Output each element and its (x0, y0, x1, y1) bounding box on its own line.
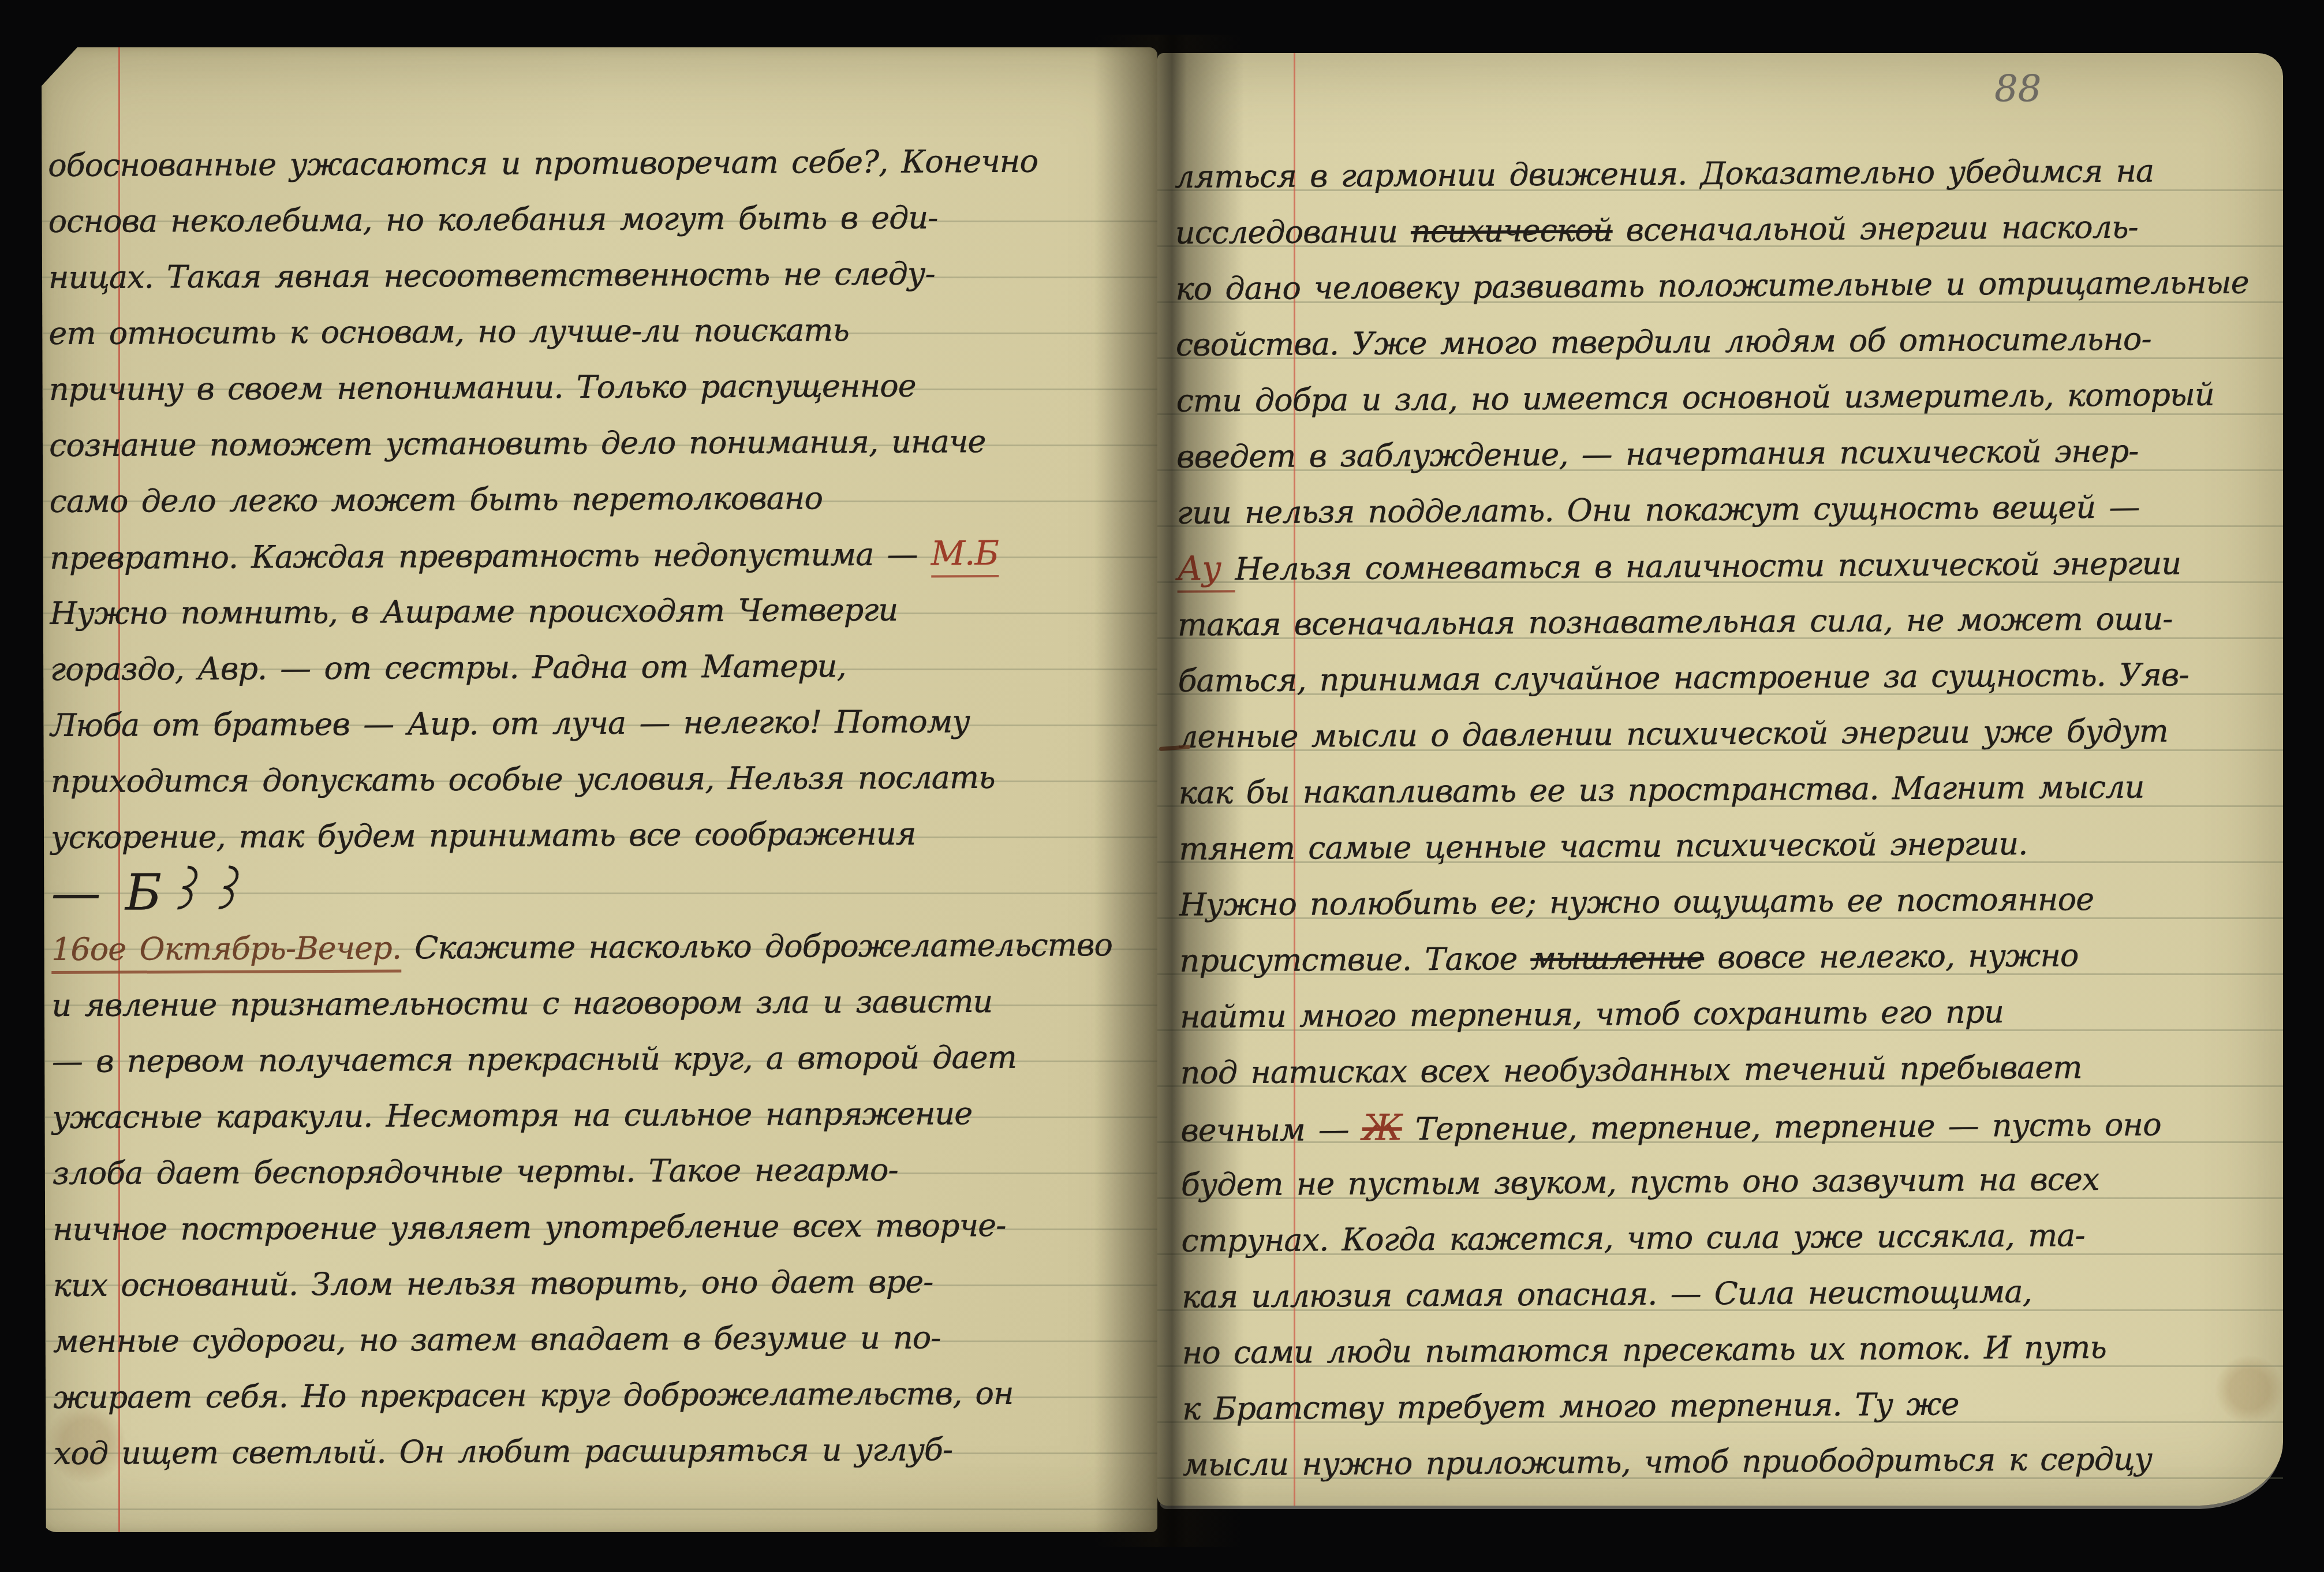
text-segment: как бы накапливать ее из пространства. М… (1179, 769, 2144, 811)
handwritten-line: обоснованные ужасаются и противоречат се… (48, 133, 1133, 193)
handwritten-line: мысли нужно приложить, чтоб приободритьс… (1183, 1430, 2280, 1493)
handwritten-line: гораздо, Авр. — от сестры. Радна от Мате… (50, 637, 1135, 697)
handwritten-line: менные судороги, но затем впадает в безу… (53, 1309, 1138, 1369)
text-segment: ускорение, так будем принимать все сообр… (51, 816, 916, 856)
handwritten-line: ужасные каракули. Несмотря на сильное на… (52, 1085, 1137, 1145)
handwritten-line: ницах. Такая явная несоответственность н… (48, 245, 1134, 305)
text-segment: ничное построение уявляет употребление в… (53, 1207, 1006, 1248)
text-segment: ход ищет светлый. Он любит расширяться и… (54, 1431, 953, 1472)
handwritten-line: ускорение, так будем принимать все сообр… (51, 805, 1136, 865)
handwritten-line: свойства. Уже много твердили людям об от… (1176, 310, 2273, 373)
handwritten-line: сти добра и зла, но имеется основной изм… (1176, 366, 2273, 429)
struck-word: психической (1411, 212, 1613, 249)
text-segment: введет в заблуждение, — начертания психи… (1176, 433, 2139, 475)
handwritten-line: найти много терпения, чтоб сохранить его… (1180, 982, 2277, 1045)
text-segment: — в первом получается прекрасный круг, а… (52, 1039, 1017, 1080)
handwritten-line: основа неколебима, но колебания могут бы… (48, 189, 1133, 249)
handwritten-line: — в первом получается прекрасный круг, а… (52, 1029, 1137, 1089)
handwritten-line: под натисках всех необузданных течений п… (1180, 1038, 2277, 1101)
text-segment: вечным — (1180, 1111, 1362, 1149)
struck-word: мышление (1530, 939, 1704, 977)
handwritten-line: Нужно полюбить ее; нужно ощущать ее пост… (1179, 870, 2277, 933)
text-segment: к Братству требует много терпения. Ту же (1182, 1386, 1959, 1427)
text-segment: гораздо, Авр. — от сестры. Радна от Мате… (50, 648, 846, 688)
text-segment: присутствие. Такое (1179, 940, 1530, 979)
handwritten-line: само дело легко может быть перетолковано (49, 469, 1134, 529)
text-segment: будет не пустым звуком, пусть оно зазвуч… (1181, 1161, 2099, 1203)
text-segment: ленные мысли о давлении психической энер… (1178, 712, 2168, 755)
text-segment: Нельзя сомневаться в наличности психичес… (1235, 545, 2181, 587)
text-segment: ницах. Такая явная несоответственность н… (48, 255, 935, 296)
text-segment: ко дано человеку развивать положительные… (1175, 264, 2249, 307)
text-segment: Скажите насколько доброжелательство (401, 927, 1112, 966)
handwritten-line: введет в заблуждение, — начертания психи… (1176, 422, 2274, 485)
handwritten-line: как бы накапливать ее из пространства. М… (1178, 758, 2276, 821)
text-segment: жирает себя. Но прекрасен круг доброжела… (53, 1375, 1013, 1416)
handwritten-line: ленные мысли о давлении психической энер… (1178, 702, 2276, 765)
text-segment: само дело легко может быть перетолковано (50, 480, 823, 520)
text-segment: струнах. Когда кажется, что сила уже исс… (1181, 1217, 2085, 1259)
handwritten-line: злоба дает беспорядочные черты. Такое не… (53, 1141, 1138, 1201)
text-segment: ет относить к основам, но лучше-ли поиск… (48, 312, 849, 352)
handwritten-line: жирает себя. Но прекрасен круг доброжела… (53, 1365, 1138, 1425)
handwritten-line: и явление признательности с наговором зл… (51, 973, 1137, 1033)
red-crossed-mark: Ж (1362, 1106, 1402, 1148)
notebook-spread: 88 обоснованные ужасаются и противоречат… (0, 0, 2324, 1572)
handwritten-line: струнах. Когда кажется, что сила уже исс… (1181, 1206, 2278, 1269)
handwritten-line: Люба от братьев — Аир. от луча — нелегко… (50, 693, 1135, 753)
text-segment: такая всеначальная познавательная сила, … (1178, 600, 2173, 643)
text-segment: Нужно помнить, в Ашраме происходят Четве… (50, 592, 898, 632)
handwritten-line: такая всеначальная познавательная сила, … (1178, 590, 2275, 653)
handwritten-line: баться, принимая случайное настроение за… (1178, 646, 2275, 709)
text-segment: Нужно полюбить ее; нужно ощущать ее пост… (1179, 881, 2094, 923)
text-segment: вовсе нелегко, нужно (1704, 937, 2079, 976)
handwritten-line: исследовании психической всеначальной эн… (1175, 198, 2272, 261)
handwritten-line: Нужно помнить, в Ашраме происходят Четве… (50, 581, 1135, 641)
text-segment: найти много терпения, чтоб сохранить его… (1180, 994, 2004, 1035)
text-segment: превратно. Каждая превратность недопусти… (50, 536, 931, 576)
handwritten-line: ничное построение уявляет употребление в… (53, 1197, 1138, 1257)
text-segment: Люба от братьев — Аир. от луча — нелегко… (50, 703, 970, 744)
handwritten-line: ход ищет светлый. Он любит расширяться и… (54, 1421, 1139, 1481)
text-segment: и явление признательности с наговором зл… (51, 983, 992, 1024)
handwritten-line: тянет самые ценные части психической эне… (1179, 814, 2276, 877)
text-segment: мысли нужно приложить, чтоб приободритьс… (1183, 1441, 2153, 1483)
handwritten-line: ких оснований. Злом нельзя творить, оно … (53, 1253, 1138, 1313)
handwritten-line: ет относить к основам, но лучше-ли поиск… (48, 301, 1134, 361)
text-segment: ляться в гармонии движения. Доказательно… (1175, 152, 2154, 195)
text-segment: сознание поможет установить дело пониман… (49, 423, 985, 464)
text-segment: злоба дает беспорядочные черты. Такое не… (53, 1152, 898, 1192)
text-segment: но сами люди пытаются пресекать их поток… (1182, 1329, 2106, 1371)
text-segment: основа неколебима, но колебания могут бы… (48, 199, 937, 240)
handwritten-line: Ау Нельзя сомневаться в наличности психи… (1177, 534, 2274, 597)
text-segment: Терпение, терпение, терпение — пусть оно (1402, 1106, 2161, 1147)
handwritten-line: сознание поможет установить дело пониман… (49, 413, 1134, 473)
handwritten-line: присутствие. Такое мышление вовсе нелегк… (1179, 926, 2277, 989)
text-segment: исследовании (1175, 213, 1411, 251)
page-number: 88 (1994, 68, 2041, 111)
text-segment: ких оснований. Злом нельзя творить, оно … (53, 1263, 933, 1304)
handwritten-line: но сами люди пытаются пресекать их поток… (1182, 1318, 2279, 1381)
text-segment: всеначальной энергии насколь- (1612, 209, 2138, 249)
handwritten-line: ляться в гармонии движения. Доказательно… (1175, 142, 2272, 205)
handwritten-line: кая иллюзия самая опасная. — Сила неисто… (1182, 1262, 2279, 1325)
handwritten-line: ко дано человеку развивать положительные… (1175, 254, 2273, 317)
handwritten-line: к Братству требует много терпения. Ту же (1182, 1374, 2280, 1437)
handwritten-line: 16ое Октябрь-Вечер. Скажите насколько до… (51, 917, 1137, 977)
left-page-text: обоснованные ужасаются и противоречат се… (48, 133, 1139, 1481)
text-segment: обоснованные ужасаются и противоречат се… (48, 143, 1038, 184)
handwritten-line: вечным — Ж Терпение, терпение, терпение … (1180, 1094, 2278, 1157)
date-heading: 16ое Октябрь-Вечер. (51, 929, 401, 974)
text-segment: менные судороги, но затем впадает в безу… (53, 1319, 941, 1360)
text-segment: под натисках всех необузданных течений п… (1180, 1049, 2082, 1091)
signoff-flourish: — Б꒱꒱ (51, 864, 246, 922)
text-segment: причину в своем непонимании. Только расп… (49, 368, 916, 408)
handwritten-line: причину в своем непонимании. Только расп… (49, 357, 1134, 417)
handwritten-line: будет не пустым звуком, пусть оно зазвуч… (1181, 1150, 2278, 1213)
text-segment: кая иллюзия самая опасная. — Сила неисто… (1182, 1274, 2032, 1315)
red-margin-mark: Ау (1177, 548, 1235, 593)
text-segment: свойства. Уже много твердили людям об от… (1176, 320, 2151, 363)
text-segment: сти добра и зла, но имеется основной изм… (1176, 376, 2214, 419)
handwritten-line: гии нельзя подделать. Они покажут сущнос… (1176, 478, 2274, 541)
red-annotation: М.Б (931, 533, 999, 578)
handwritten-line: — Б꒱꒱ (51, 861, 1136, 921)
text-segment: приходится допускать особые условия, Нел… (51, 759, 995, 800)
handwritten-line: приходится допускать особые условия, Нел… (51, 749, 1136, 809)
text-segment: тянет самые ценные части психической эне… (1179, 826, 2027, 867)
text-segment: баться, принимая случайное настроение за… (1178, 656, 2188, 699)
right-page-text: ляться в гармонии движения. Доказательно… (1175, 142, 2280, 1493)
handwritten-line: превратно. Каждая превратность недопусти… (50, 525, 1135, 585)
text-segment: ужасные каракули. Несмотря на сильное на… (52, 1095, 972, 1136)
text-segment: гии нельзя подделать. Они покажут сущнос… (1177, 489, 2140, 531)
